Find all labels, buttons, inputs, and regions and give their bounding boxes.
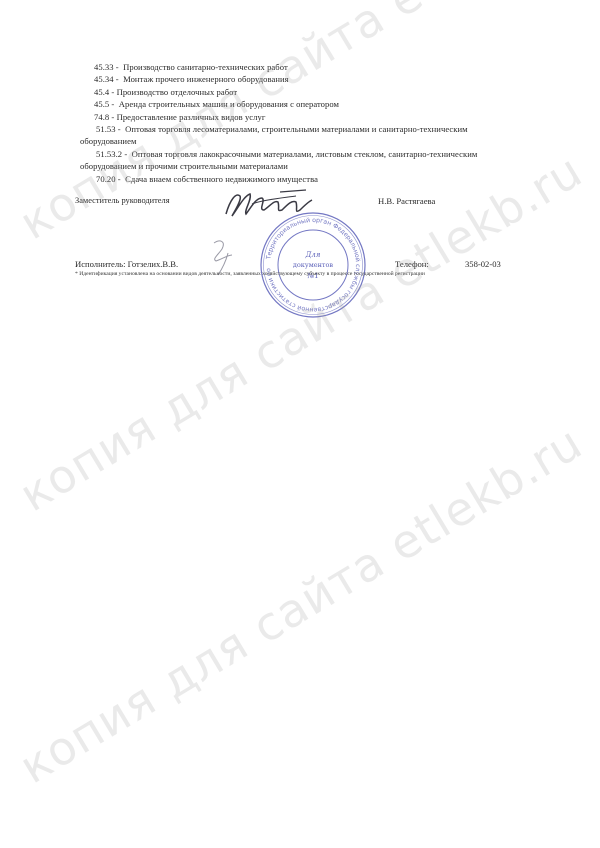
- svg-text:документов: документов: [293, 261, 334, 269]
- activity-code: 45.5 -: [94, 99, 114, 109]
- svg-text:Для: Для: [305, 251, 321, 259]
- activity-code-row: 45.34 - Монтаж прочего инженерного обору…: [94, 73, 554, 85]
- activity-code: 45.33 -: [94, 62, 119, 72]
- activity-code-row: 70.20 - Сдача внаем собственного недвижи…: [94, 173, 554, 185]
- activity-description: Оптовая торговля лесоматериалами, строит…: [125, 124, 468, 134]
- phone-number: 358-02-03: [465, 259, 501, 269]
- activity-description-continuation: оборудованием: [80, 136, 136, 146]
- activity-code-continuation: оборудованием и прочими строительными ма…: [94, 160, 554, 172]
- activity-description: Сдача внаем собственного недвижимого иму…: [125, 174, 318, 184]
- activity-code: 51.53 -: [96, 124, 121, 134]
- activity-description: Предоставление различных видов услуг: [117, 112, 266, 122]
- activity-code-continuation: оборудованием: [94, 135, 554, 147]
- activity-description: Производство отделочных работ: [117, 87, 238, 97]
- activity-description: Монтаж прочего инженерного оборудования: [123, 74, 289, 84]
- activity-code-row: 51.53 - Оптовая торговля лесоматериалами…: [94, 123, 554, 135]
- activity-description: Оптовая торговля лакокрасочными материал…: [132, 149, 478, 159]
- identification-footnote: * Идентификация установлена на основании…: [75, 271, 555, 279]
- signatory-title: Заместитель руководителя: [75, 196, 170, 205]
- executor-label: Исполнитель: Готзелих.В.В.: [75, 259, 178, 269]
- activity-code-row: 45.5 - Аренда строительных машин и обору…: [94, 98, 554, 110]
- watermark: копия для сайта etlekb.ru: [10, 415, 591, 794]
- activity-codes-list: 45.33 - Производство санитарно-техническ…: [94, 61, 554, 185]
- document-page: 45.33 - Производство санитарно-техническ…: [0, 0, 600, 848]
- activity-code: 45.4 -: [94, 87, 114, 97]
- activity-code: 74.8 -: [94, 112, 114, 122]
- phone-label: Телефон:: [395, 259, 429, 269]
- official-stamp-icon: Территориальный орган Федеральной службы…: [258, 210, 368, 320]
- activity-code-row: 74.8 - Предоставление различных видов ус…: [94, 111, 554, 123]
- activity-code: 45.34 -: [94, 74, 119, 84]
- activity-code-row: 51.53.2 - Оптовая торговля лакокрасочным…: [94, 148, 554, 160]
- activity-code: 51.53.2 -: [96, 149, 127, 159]
- activity-description: Производство санитарно-технических работ: [123, 62, 288, 72]
- activity-description: Аренда строительных машин и оборудования…: [119, 99, 339, 109]
- activity-code: 70.20 -: [96, 174, 121, 184]
- activity-code-row: 45.33 - Производство санитарно-техническ…: [94, 61, 554, 73]
- signatory-name: Н.В. Растягаева: [378, 196, 435, 206]
- activity-description-continuation: оборудованием и прочими строительными ма…: [80, 161, 288, 171]
- activity-code-row: 45.4 - Производство отделочных работ: [94, 86, 554, 98]
